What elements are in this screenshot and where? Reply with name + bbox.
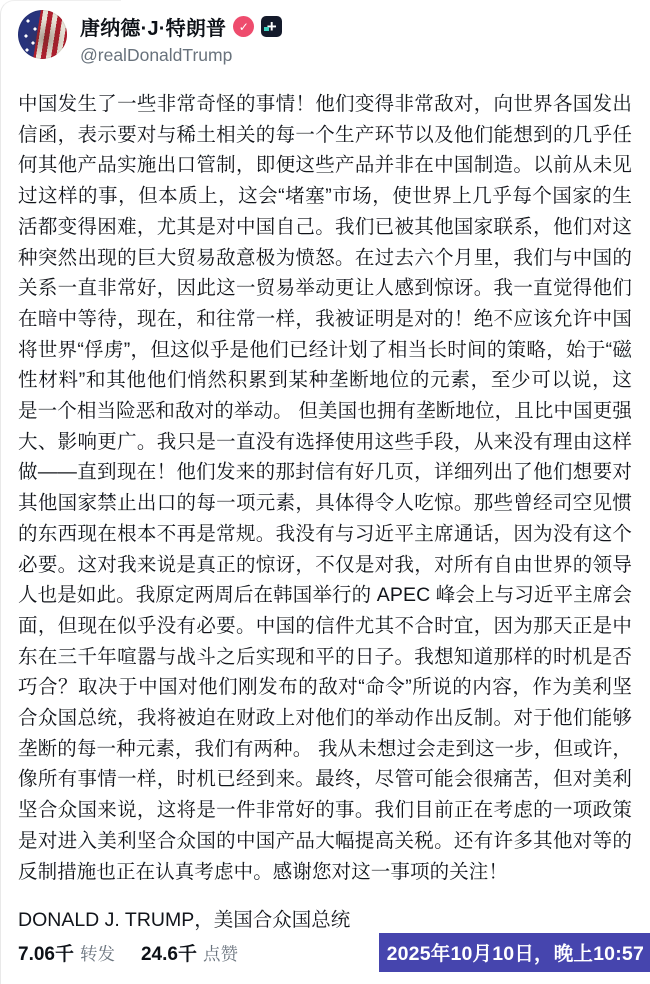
- truth-logo-accent: [264, 27, 269, 31]
- post-body-text: 中国发生了一些非常奇怪的事情！他们变得非常敌对，向世界各国发出信函，表示要对与稀…: [18, 89, 632, 887]
- repost-count: 7.06千: [18, 939, 74, 966]
- post-header: 唐纳德·J·特朗普 ✓ + @realDonaldTrump: [18, 10, 632, 66]
- post-signature: DONALD J. TRUMP，美国合众国总统: [18, 907, 632, 933]
- like-count: 24.6千: [141, 939, 197, 966]
- avatar[interactable]: [18, 10, 67, 59]
- verified-check-icon: ✓: [233, 16, 254, 37]
- author-name-row: 唐纳德·J·特朗普 ✓ +: [80, 12, 282, 41]
- repost-label: 转发: [80, 941, 115, 966]
- check-glyph: ✓: [239, 20, 249, 34]
- like-label: 点赞: [203, 941, 238, 966]
- post-footer: 7.06千 转发 24.6千 点赞 2025年10月10日，晚上10:57: [18, 933, 650, 972]
- repost-stat[interactable]: 7.06千 转发: [18, 939, 115, 966]
- truth-social-logo-icon: +: [261, 16, 282, 37]
- timestamp-highlighted: 2025年10月10日，晚上10:57: [379, 933, 650, 972]
- post-stats: 7.06千 转发 24.6千 点赞: [18, 939, 238, 966]
- post-card: 唐纳德·J·特朗普 ✓ + @realDonaldTrump 中国发生了一些非常…: [0, 0, 650, 984]
- author-display-name[interactable]: 唐纳德·J·特朗普: [80, 12, 226, 41]
- author-handle[interactable]: @realDonaldTrump: [80, 45, 282, 66]
- like-stat[interactable]: 24.6千 点赞: [141, 939, 238, 966]
- author-block: 唐纳德·J·特朗普 ✓ + @realDonaldTrump: [80, 10, 282, 66]
